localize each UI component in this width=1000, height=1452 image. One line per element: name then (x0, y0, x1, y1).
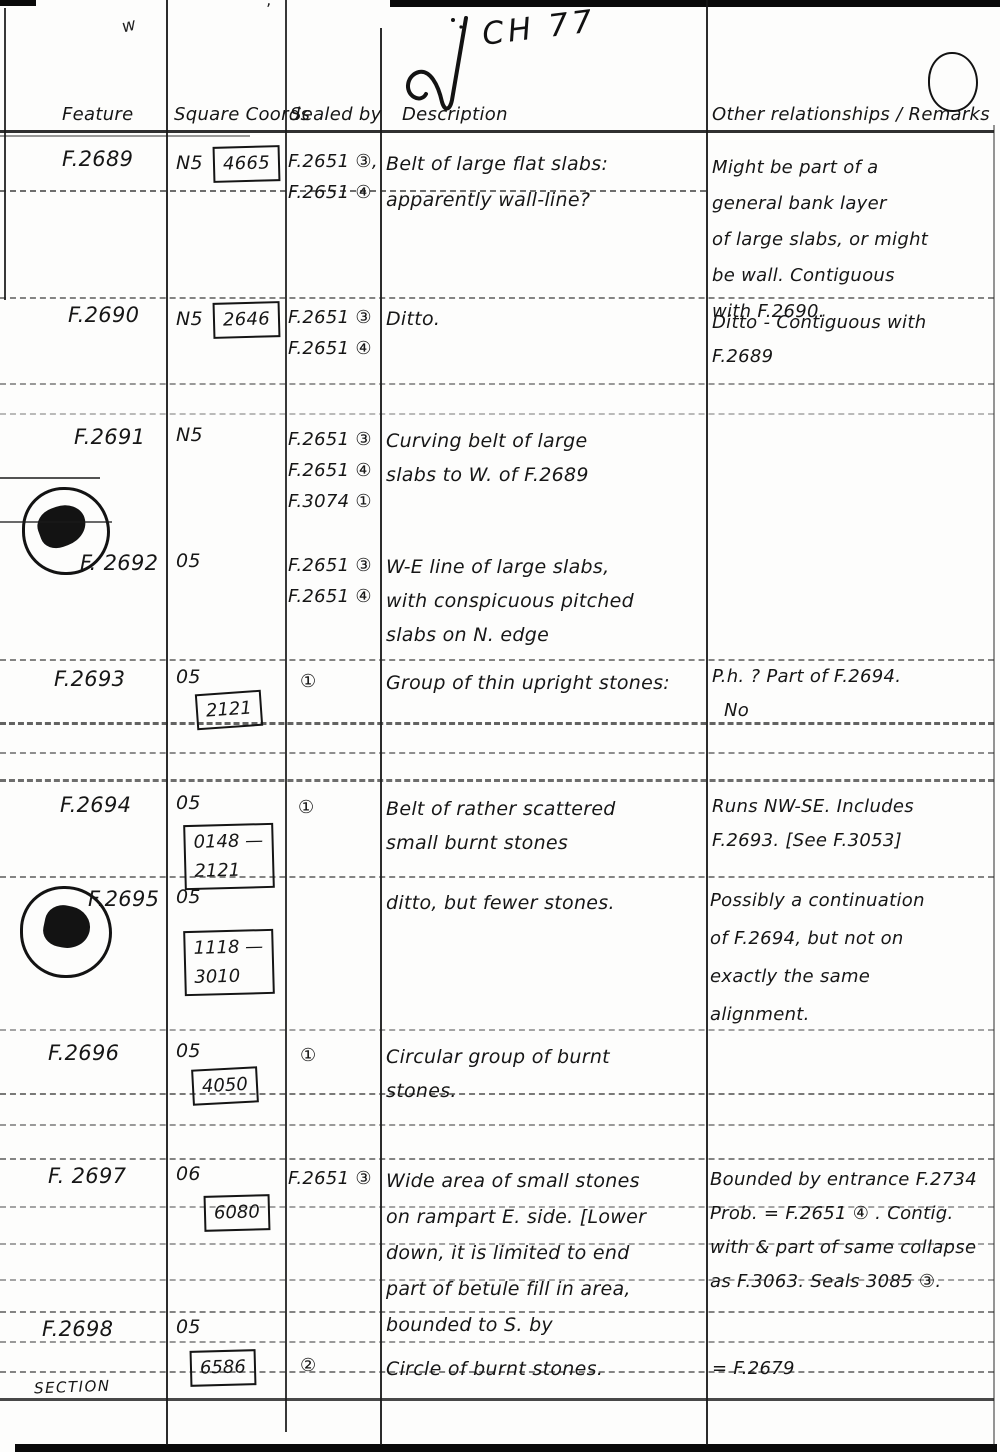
coords-cell: N54665 (176, 146, 280, 182)
coords-cell: 06 (176, 1163, 201, 1187)
coords-box: 6586 (190, 1349, 257, 1387)
coords-cell: 05 (176, 792, 201, 816)
sealed-by-cell: ① (298, 792, 314, 823)
feature-cell: F.2689 (62, 146, 133, 172)
description-cell: Belt of rather scatteredsmall burnt ston… (386, 792, 616, 860)
feature-cell: F.2691 (74, 424, 145, 450)
section-label: SECTION (34, 1377, 111, 1398)
sealed-by-cell: ② (300, 1350, 316, 1381)
coords-box: 2646 (212, 301, 280, 339)
coords-cell: 05 (176, 1040, 201, 1064)
coords-cell: 05 (176, 550, 201, 574)
sealed-by-cell: F.2651 ③ (288, 1163, 372, 1194)
sealed-by-cell: ① (300, 666, 316, 697)
grid-square: N5 (176, 424, 203, 446)
grid-square: N5 (176, 152, 203, 174)
remarks-cell: P.h. ? Part of F.2694. No (712, 660, 901, 728)
column-header-description: Description (402, 104, 508, 127)
rule-h (0, 779, 994, 782)
description-cell: Circular group of burntstones. (386, 1040, 610, 1108)
rule-h (0, 521, 112, 523)
rule-h (0, 752, 994, 754)
coords-box: 4050 (191, 1066, 259, 1105)
column-header-sealed-by: Sealed by (290, 104, 382, 127)
description-cell: W-E line of large slabs,with conspicuous… (386, 550, 634, 652)
grid-square: 05 (176, 550, 201, 572)
remarks-cell: = F.2679 (712, 1352, 795, 1386)
coords-box: 6080 (204, 1194, 271, 1232)
feature-cell: F. 2697 (48, 1163, 126, 1189)
rule-v (4, 8, 6, 300)
coords-box: 4665 (212, 145, 280, 183)
rule-h (0, 413, 994, 415)
description-cell: Circle of burnt stones. (386, 1352, 603, 1386)
coords-cell: N5 (176, 424, 203, 448)
rule-h (0, 1398, 994, 1401)
scan-edge-top (390, 0, 1000, 7)
description-cell: Belt of large flat slabs:apparently wall… (386, 146, 608, 218)
description-cell: Wide area of small stoneson rampart E. s… (386, 1163, 646, 1343)
rule-h (0, 1124, 994, 1126)
rule-v (285, 0, 287, 1432)
coords-cell: N52646 (176, 302, 280, 338)
sealed-by-cell: F.2651 ③,F.2651 ④ (288, 146, 378, 208)
description-cell: Group of thin upright stones: (386, 666, 670, 700)
coords-box: 2121 (195, 690, 263, 731)
sealed-by-cell: ① (300, 1040, 316, 1071)
remarks-cell: Might be part of ageneral bank layerof l… (712, 150, 928, 330)
rule-h (0, 477, 100, 479)
coords-box: 0148 —2121 (183, 823, 274, 890)
column-header-remarks: Other relationships / Remarks (712, 104, 990, 127)
remarks-cell: Bounded by entrance F.2734Prob. = F.2651… (710, 1163, 977, 1299)
description-cell: ditto, but fewer stones. (386, 886, 615, 920)
rule-h (0, 876, 994, 878)
remarks-cell: Ditto - Contiguous withF.2689 (712, 306, 926, 374)
scan-edge-bottom (15, 1444, 997, 1452)
sealed-by-cell: F.2651 ③F.2651 ④F.3074 ① (288, 424, 372, 517)
grid-square: 05 (176, 1040, 201, 1062)
remarks-cell: Possibly a continuationof F.2694, but no… (710, 882, 925, 1034)
coords-box: 1118 —3010 (183, 929, 274, 996)
sealed-by-cell: F.2651 ③F.2651 ④ (288, 302, 372, 364)
coords-cell: 05 (176, 1316, 201, 1340)
grid-square: 06 (176, 1163, 201, 1185)
feature-cell: F. 2692 (80, 550, 158, 576)
remarks-cell: Runs NW-SE. IncludesF.2693. [See F.3053] (712, 790, 914, 858)
feature-cell: F.2690 (68, 302, 139, 328)
pen-tick: ʼ (266, 0, 271, 19)
feature-cell: F.2693 (54, 666, 125, 692)
page-title: CH 77 (480, 3, 598, 53)
rule-h (0, 383, 994, 385)
punch-guide-circle (928, 52, 978, 112)
grid-square: 05 (176, 666, 201, 688)
rule-v (380, 28, 382, 1445)
rule-h (0, 130, 994, 133)
coords-cell: 05 (176, 886, 201, 910)
grid-square: 05 (176, 1316, 201, 1338)
grid-square: N5 (176, 308, 203, 330)
feature-cell: F.2695 (88, 886, 159, 912)
scanned-ledger-page: CH 77 w ʼ Feature Square Coords Sealed b… (0, 0, 1000, 1452)
feature-cell: F.2698 (42, 1316, 113, 1342)
w-mark: w (120, 15, 138, 38)
rule-h (0, 1158, 994, 1160)
sealed-by-cell: F.2651 ③F.2651 ④ (288, 550, 372, 612)
description-cell: Ditto. (386, 302, 440, 336)
rule-v (993, 125, 995, 1446)
rule-h (0, 135, 250, 137)
grid-square: 05 (176, 886, 201, 908)
description-cell: Curving belt of largeslabs to W. of F.26… (386, 424, 589, 492)
grid-square: 05 (176, 792, 201, 814)
feature-cell: F.2696 (48, 1040, 119, 1066)
column-header-feature: Feature (62, 104, 134, 127)
feature-cell: F.2694 (60, 792, 131, 818)
scan-edge-top-left (0, 0, 36, 6)
coords-cell: 05 (176, 666, 201, 690)
